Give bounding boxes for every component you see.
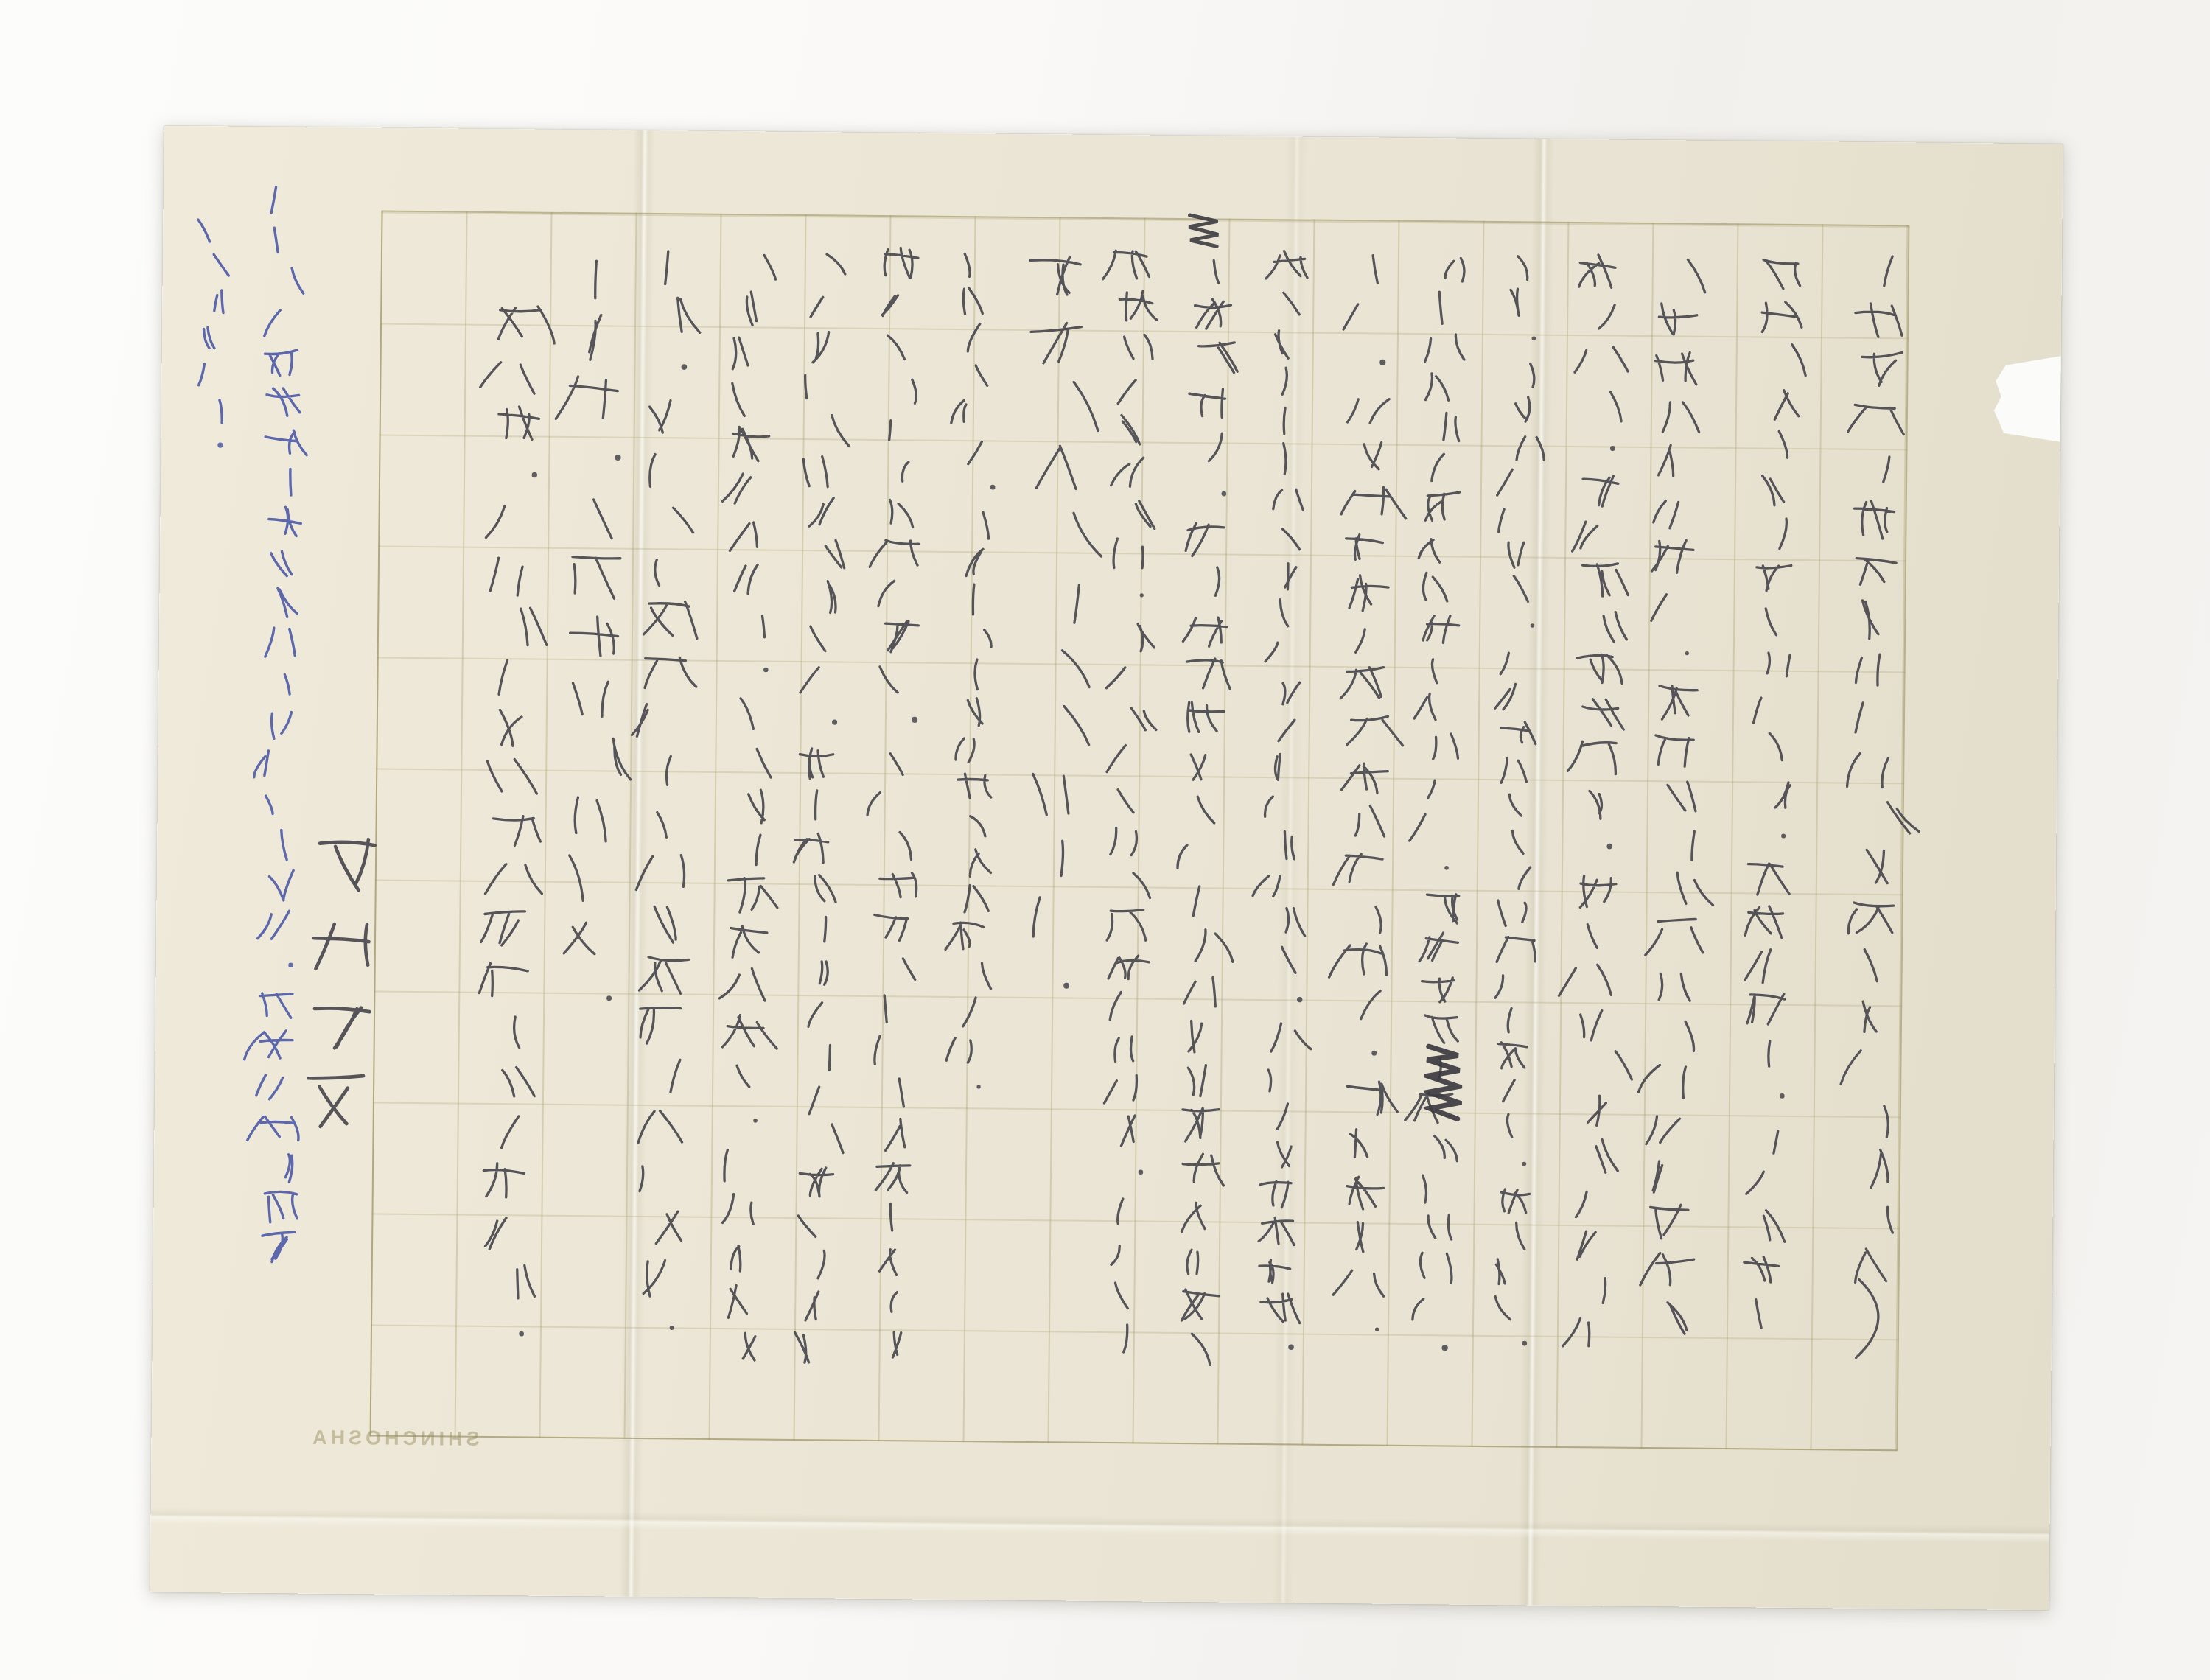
text-column-10: 多々ありましたが、それをちゃんと整理するには、あまりに [1084,245,1175,1358]
postscript-column-2: ませんでした。 [175,212,245,463]
text-column-15: すっかり驚きました。あまりに時代が早く、つっぱしる [702,241,794,1369]
text-column-2: 写真はどうにか取りましたが、文書の方は、もそも新し [1725,251,1816,1334]
text-column-7: でも、あの展覧会を注意深く見る事で、僕が今まで、 [1320,247,1411,1353]
text-column-1: の彫刻家の写真をたのまれた事がありましたが） [1828,244,1920,1343]
text-column-12: ここのところ、ニューヨークは雨ばかり降ります。 [930,243,1019,1106]
text-column-18: 暑さ折、くれぐれもお体を大切にして下さい。 [465,298,556,1359]
manuscript-grid: の彫刻家の写真をたのまれた事がありましたが） 写真はどうにか取りましたが、文書の… [370,211,1910,1452]
text-column-3: い動向である上に、〆切ぎわで調べるほどに具合が [1629,250,1721,1341]
publisher-watermark: SHINCHOSHA [302,1427,479,1451]
text-column-13: 月へロケットが飛ぶ日も、どうも横着でテレビを見るはずが [850,242,942,1363]
text-column-5: まあ、かわりもせんが、もち出しましても読んで下さい。絵ヌキが、 [1471,248,1562,1362]
postscript-column-1: アルプの回顧展を見ることになってしまい、原稿お送り出来 [243,180,321,1267]
letter-paper: の彫刻家の写真をたのまれた事がありましたが） 写真はどうにか取りましたが、文書の… [150,126,2063,1611]
inked-out-correction-2 [1186,211,1222,251]
inked-out-correction-1 [1424,1043,1463,1124]
torn-edge-notch [1993,355,2063,443]
text-column-9: の諸様相が、実は少々違うのではないかと気付いた点も [1161,245,1253,1373]
text-column-4: 悪くなり、書く程に八方破れ。使ってもらえるのかどう [1552,249,1643,1355]
text-column-11: 時間がありませんでした。 [1010,244,1098,1018]
text-column-8: 一つのパターンとしてきめてしまっていた、アメリカ現代美術、 [1239,246,1331,1367]
text-column-17: では又、お手紙いたします。 [549,247,637,1029]
scanned-letter-page: の彫刻家の写真をたのまれた事がありましたが） 写真はどうにか取りましたが、文書の… [0,0,2210,1680]
fold-crease-horizontal [150,1508,2049,1544]
